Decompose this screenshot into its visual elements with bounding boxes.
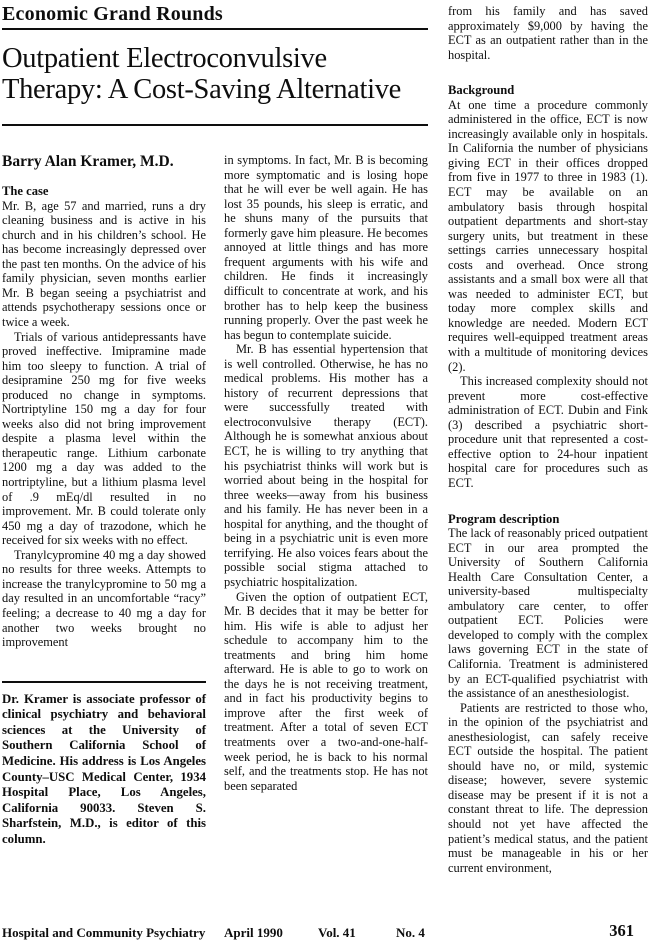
author-footnote: Dr. Kramer is associate professor of cli…: [2, 681, 206, 848]
issue-date: April 1990: [224, 925, 283, 941]
body-paragraph: from his family and has saved approximat…: [448, 4, 648, 62]
article-title: Outpatient Electroconvulsive Therapy: A …: [2, 43, 402, 105]
column-kicker: Economic Grand Rounds: [2, 0, 428, 26]
body-paragraph: in symptoms. In fact, Mr. B is becoming …: [224, 153, 428, 342]
section-heading-background: Background: [448, 83, 648, 98]
author-footnote-text: Dr. Kramer is associate professor of cli…: [2, 692, 206, 848]
body-paragraph: Mr. B, age 57 and married, runs a dry cl…: [2, 199, 206, 330]
body-paragraph: Mr. B has essential hypertension that is…: [224, 342, 428, 589]
kicker-rule: [2, 28, 428, 30]
journal-page: Economic Grand Rounds Outpatient Electro…: [0, 0, 650, 949]
body-paragraph: Trials of various antidepressants have p…: [2, 330, 206, 548]
byline: Barry Alan Kramer, M.D.: [2, 153, 206, 171]
body-paragraph: Patients are restricted to those who, in…: [448, 701, 648, 876]
column-2: in symptoms. In fact, Mr. B is becoming …: [224, 153, 428, 847]
body-paragraph: This increased complexity should not pre…: [448, 374, 648, 490]
title-rule: [2, 124, 428, 126]
journal-title: Hospital and Community Psychiatry: [2, 925, 205, 941]
running-footer: Hospital and Community Psychiatry April …: [2, 923, 648, 941]
left-region: Economic Grand Rounds Outpatient Electro…: [2, 0, 428, 875]
page-number: 361: [609, 921, 634, 941]
column-3: from his family and has saved approximat…: [448, 0, 648, 875]
section-heading-program-description: Program description: [448, 512, 648, 527]
body-paragraph: The lack of reasonably priced outpatient…: [448, 526, 648, 701]
section-heading-the-case: The case: [2, 184, 206, 199]
text-columns: Barry Alan Kramer, M.D. The case Mr. B, …: [2, 153, 428, 847]
page-body: Economic Grand Rounds Outpatient Electro…: [2, 0, 648, 875]
body-paragraph: Given the option of outpatient ECT, Mr. …: [224, 590, 428, 794]
column-1: Barry Alan Kramer, M.D. The case Mr. B, …: [2, 153, 206, 847]
issue-number: No. 4: [396, 925, 425, 941]
body-paragraph: At one time a procedure commonly adminis…: [448, 98, 648, 374]
body-paragraph: Tranylcypromine 40 mg a day showed no re…: [2, 548, 206, 650]
volume-label: Vol. 41: [318, 925, 356, 941]
